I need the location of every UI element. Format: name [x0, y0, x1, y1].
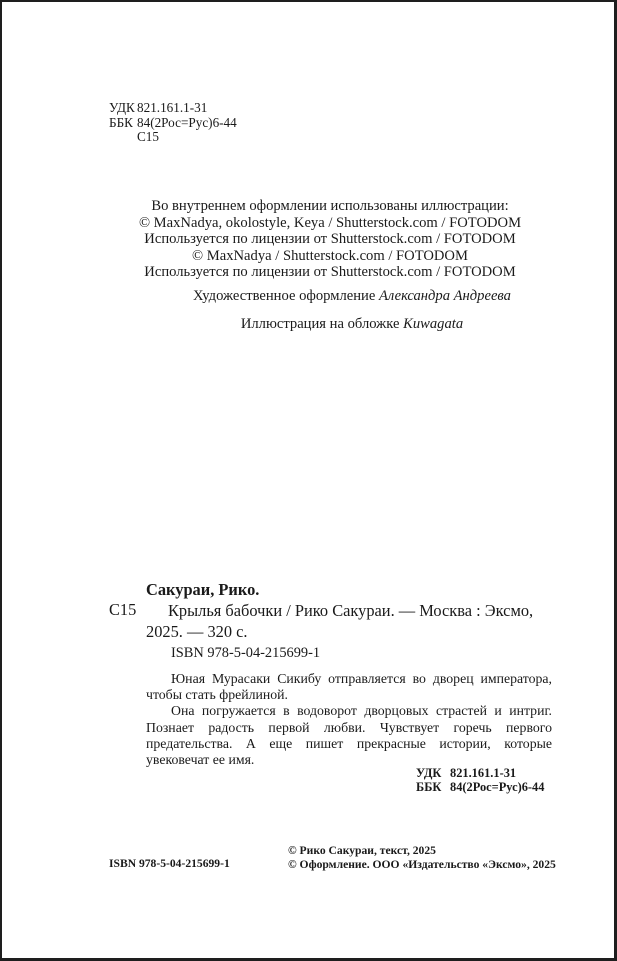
- udk-value: 821.161.1-31: [137, 101, 207, 116]
- author-heading: Сакураи, Рико.: [146, 580, 259, 600]
- bbk-label: ББК: [109, 116, 137, 131]
- cover-name: Kuwagata: [403, 316, 463, 332]
- annotation-paragraph: Юная Мурасаки Сикибу отправляется во дво…: [146, 671, 552, 703]
- copyright-notice: © Рико Сакураи, текст, 2025 © Оформление…: [288, 844, 556, 871]
- credit-line: © MaxNadya, okolostyle, Keya / Shutterst…: [46, 215, 614, 232]
- design-name: Александра Андреева: [379, 288, 511, 304]
- bbk-value: 84(2Рос=Рус)6-44: [450, 780, 544, 794]
- classification-codes-bottom: УДК821.161.1-31 ББК84(2Рос=Рус)6-44: [416, 767, 544, 794]
- art-design-credit: Художественное оформление Александра Анд…: [46, 288, 617, 305]
- illustration-credits: Во внутреннем оформлении использованы ил…: [2, 198, 614, 281]
- udk-value: 821.161.1-31: [450, 766, 516, 780]
- annotation: Юная Мурасаки Сикибу отправляется во дво…: [146, 671, 552, 768]
- copyright-text: © Рико Сакураи, текст, 2025: [288, 844, 556, 858]
- isbn: ISBN 978-5-04-215699-1: [171, 645, 320, 662]
- udk-label: УДК: [416, 767, 450, 781]
- cover-label: Иллюстрация на обложке: [241, 316, 400, 332]
- credit-line: Во внутреннем оформлении использованы ил…: [46, 198, 614, 215]
- isbn-footer: ISBN 978-5-04-215699-1: [109, 857, 230, 870]
- copyright-design: © Оформление. ООО «Издательство «Эксмо»,…: [288, 858, 556, 872]
- credit-line: © MaxNadya / Shutterstock.com / FOTODOM: [46, 248, 614, 265]
- bibliographic-sign: С15: [109, 600, 136, 620]
- classification-codes-top: УДК821.161.1-31 ББК84(2Рос=Рус)6-44 С15: [109, 101, 237, 145]
- credit-line: Используется по лицензии от Shutterstock…: [46, 231, 614, 248]
- bbk-value: 84(2Рос=Рус)6-44: [137, 116, 237, 131]
- author-sign: С15: [109, 130, 237, 145]
- copyright-page: УДК821.161.1-31 ББК84(2Рос=Рус)6-44 С15 …: [2, 2, 614, 958]
- annotation-paragraph: Она погружается в водоворот дворцовых ст…: [146, 703, 552, 768]
- credit-line: Используется по лицензии от Shutterstock…: [46, 264, 614, 281]
- udk-label: УДК: [109, 101, 137, 116]
- cover-illustration-credit: Иллюстрация на обложке Kuwagata: [46, 316, 617, 333]
- design-label: Художественное оформление: [193, 288, 375, 304]
- bbk-label: ББК: [416, 781, 450, 795]
- bibliographic-description: Крылья бабочки / Рико Сакураи. — Москва …: [146, 600, 556, 642]
